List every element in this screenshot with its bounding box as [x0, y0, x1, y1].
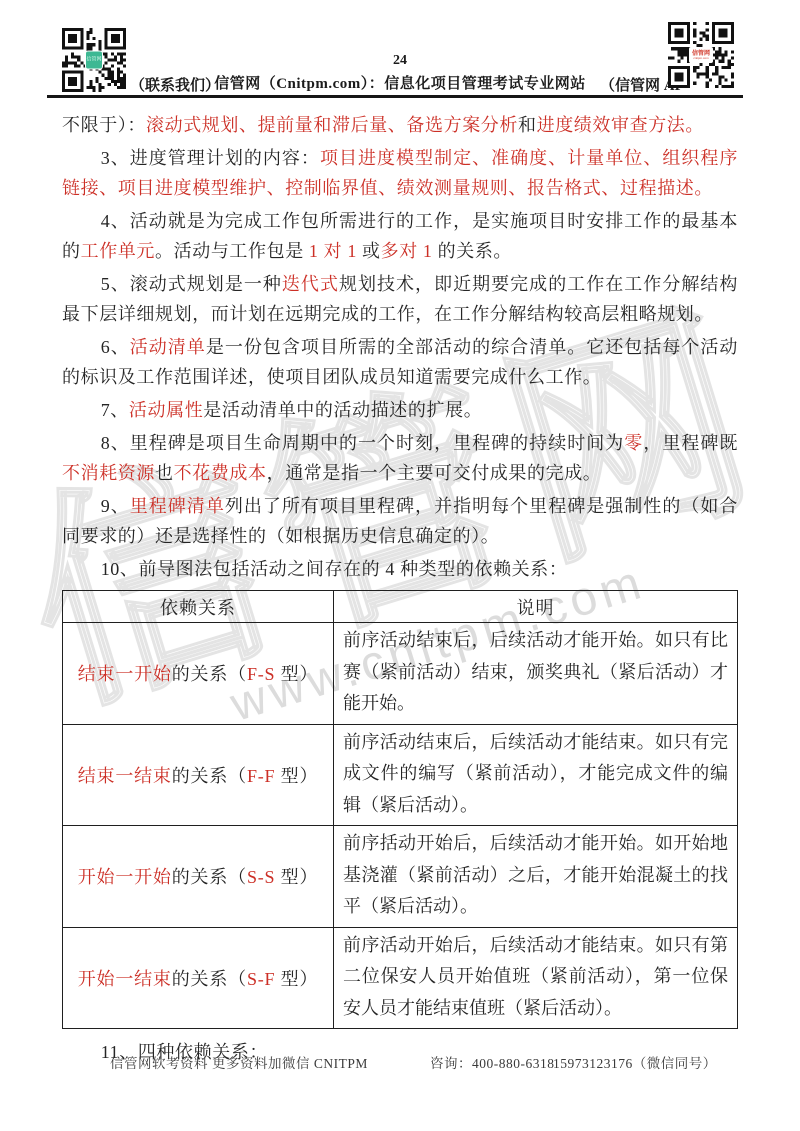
body-text: 不限于）： — [62, 115, 146, 135]
body-text: 是活动清单中的活动描述的扩展。 — [203, 400, 482, 420]
body-text: 8、里程碑是项目生命周期中的一个时刻，里程碑的持续时间为 — [101, 433, 625, 453]
cnitpm-logo-icon: 信管网 cnitpm.com — [689, 47, 713, 63]
red-emphasis-text: 1 对 1 — [309, 241, 357, 261]
table-row: 开始一结束的关系（S-F 型）前序活动开始后，后续活动才能结束。如只有第二位保安… — [63, 927, 738, 1029]
document-body: 不限于）：滚动式规划、提前量和滞后量、备选方案分析和进度绩效审查方法。3、进度管… — [62, 110, 738, 1070]
red-emphasis-text: 不消耗资源 — [62, 463, 155, 483]
description-cell: 前序活动开始后，后续活动才能结束。如只有第二位保安人员开始值班（紧前活动），第一… — [334, 927, 738, 1029]
red-emphasis-text: 滚动式规划、提前量和滞后量、备选方案分析 — [146, 115, 518, 135]
body-text: 9、 — [101, 496, 130, 516]
contact-qr-code: 信管网 — [62, 27, 126, 93]
body-text: 和 — [518, 115, 537, 135]
body-text: 的关系（ — [172, 766, 247, 786]
paragraph-list: 不限于）：滚动式规划、提前量和滞后量、备选方案分析和进度绩效审查方法。3、进度管… — [62, 110, 738, 584]
red-emphasis-text: F-F — [247, 766, 275, 786]
body-text: 10、前导图法包括活动之间存在的 4 种类型的依赖关系： — [101, 559, 568, 579]
body-text: ，通常是指一个主要可交付成果的完成。 — [267, 463, 602, 483]
red-emphasis-text: 活动清单 — [130, 337, 206, 357]
paragraph: 10、前导图法包括活动之间存在的 4 种类型的依赖关系： — [62, 554, 738, 584]
paragraph: 7、活动属性是活动清单中的活动描述的扩展。 — [62, 395, 738, 425]
qr-logo-sublabel: cnitpm.com — [693, 57, 708, 60]
paragraph: 3、进度管理计划的内容：项目进度模型制定、准确度、计量单位、组织程序链接、项目进… — [62, 143, 738, 203]
footer-hotline: 咨询：400-880-6318 — [430, 1052, 555, 1072]
red-emphasis-text: 多对 1 — [381, 241, 433, 261]
body-text: 的关系。 — [433, 241, 513, 261]
red-emphasis-text: 结束一结束 — [78, 766, 172, 786]
relation-cell: 结束一结束的关系（F-F 型） — [63, 724, 334, 826]
red-emphasis-text: S-F — [247, 969, 275, 989]
relation-cell: 开始一结束的关系（S-F 型） — [63, 927, 334, 1029]
column-header-relation: 依赖关系 — [63, 591, 334, 623]
footer-wechat: 更多资料加微信 CNITPM — [212, 1052, 368, 1072]
body-text: 的关系（ — [172, 664, 247, 684]
red-emphasis-text: 进度绩效审查方法。 — [537, 115, 704, 135]
red-emphasis-text: 不花费成本 — [174, 463, 267, 483]
relation-cell: 开始一开始的关系（S-S 型） — [63, 826, 334, 928]
body-text: 型） — [275, 766, 318, 786]
paragraph: 4、活动就是为完成工作包所需进行的工作，是实施项目时安排工作的最基本的工作单元。… — [62, 206, 738, 266]
footer-brand: 信管网软考资料 — [110, 1052, 208, 1072]
relation-cell: 结束一开始的关系（F-S 型） — [63, 623, 334, 725]
body-text: 7、 — [101, 400, 129, 420]
body-text: 的关系（ — [172, 969, 247, 989]
qr-logo-label: 信管网 — [86, 58, 101, 63]
body-text: 型） — [275, 969, 318, 989]
body-text: ，里程碑既 — [643, 433, 738, 453]
app-qr-code: 信管网 cnitpm.com — [668, 22, 734, 88]
column-header-description: 说明 — [334, 591, 738, 623]
body-text: 5、滚动式规划是一种 — [101, 274, 282, 294]
body-text: 型） — [275, 867, 318, 887]
table-header-row: 依赖关系 说明 — [63, 591, 738, 623]
paragraph: 9、里程碑清单列出了所有项目里程碑，并指明每个里程碑是强制性的（如合同要求的）还… — [62, 491, 738, 551]
body-text: 。活动与工作包是 — [155, 241, 309, 261]
body-text: 的关系（ — [172, 867, 247, 887]
footer-phone: 15973123176（微信同号） — [553, 1052, 717, 1072]
body-text: 3、进度管理计划的内容： — [101, 148, 320, 168]
paragraph: 5、滚动式规划是一种迭代式规划技术，即近期要完成的工作在工作分解结构最下层详细规… — [62, 269, 738, 329]
table-row: 开始一开始的关系（S-S 型）前序括动开始后，后续活动才能开始。如开始地基浇灌（… — [63, 826, 738, 928]
red-emphasis-text: 活动属性 — [129, 400, 203, 420]
description-cell: 前序活动结束后，后续活动才能结束。如只有完成文件的编写（紧前活动），才能完成文件… — [334, 724, 738, 826]
paragraph: 8、里程碑是项目生命周期中的一个时刻，里程碑的持续时间为零，里程碑既不消耗资源也… — [62, 428, 738, 488]
body-text: 或 — [357, 241, 381, 261]
red-emphasis-text: 开始一开始 — [78, 867, 172, 887]
description-cell: 前序括动开始后，后续活动才能开始。如开始地基浇灌（紧前活动）之后，才能开始混凝土… — [334, 826, 738, 928]
description-cell: 前序活动结束后，后续活动才能开始。如只有比赛（紧前活动）结束，颁奖典礼（紧后活动… — [334, 623, 738, 725]
header-divider — [47, 95, 743, 98]
paragraph: 不限于）：滚动式规划、提前量和滞后量、备选方案分析和进度绩效审查方法。 — [62, 110, 738, 140]
red-emphasis-text: 零 — [624, 433, 643, 453]
red-emphasis-text: 结束一开始 — [78, 664, 172, 684]
page-footer: 信管网软考资料 更多资料加微信 CNITPM 咨询：400-880-6318 1… — [0, 1052, 800, 1076]
red-emphasis-text: 迭代式 — [282, 274, 339, 294]
wechat-logo-icon: 信管网 — [85, 51, 103, 70]
body-text: 型） — [275, 664, 318, 684]
red-emphasis-text: 里程碑清单 — [130, 496, 225, 516]
red-emphasis-text: F-S — [247, 664, 275, 684]
body-text: 6、 — [101, 337, 130, 357]
page-header: 信管网 （联系我们） 24 信管网（Cnitpm.com）：信息化项目管理考试专… — [0, 0, 800, 100]
red-emphasis-text: S-S — [247, 867, 275, 887]
document-page: 信管网 www.cnitpm.com 信管网 （联系我们） 24 信管网（Cni… — [0, 0, 800, 1131]
red-emphasis-text: 工作单元 — [81, 241, 155, 261]
table-row: 结束一结束的关系（F-F 型）前序活动结束后，后续活动才能结束。如只有完成文件的… — [63, 724, 738, 826]
paragraph: 6、活动清单是一份包含项目所需的全部活动的综合清单。它还包括每个活动的标识及工作… — [62, 332, 738, 392]
red-emphasis-text: 开始一结束 — [78, 969, 172, 989]
dependency-table: 依赖关系 说明 结束一开始的关系（F-S 型）前序活动结束后，后续活动才能开始。… — [62, 590, 738, 1029]
table-row: 结束一开始的关系（F-S 型）前序活动结束后，后续活动才能开始。如只有比赛（紧前… — [63, 623, 738, 725]
body-text: 也 — [155, 463, 174, 483]
